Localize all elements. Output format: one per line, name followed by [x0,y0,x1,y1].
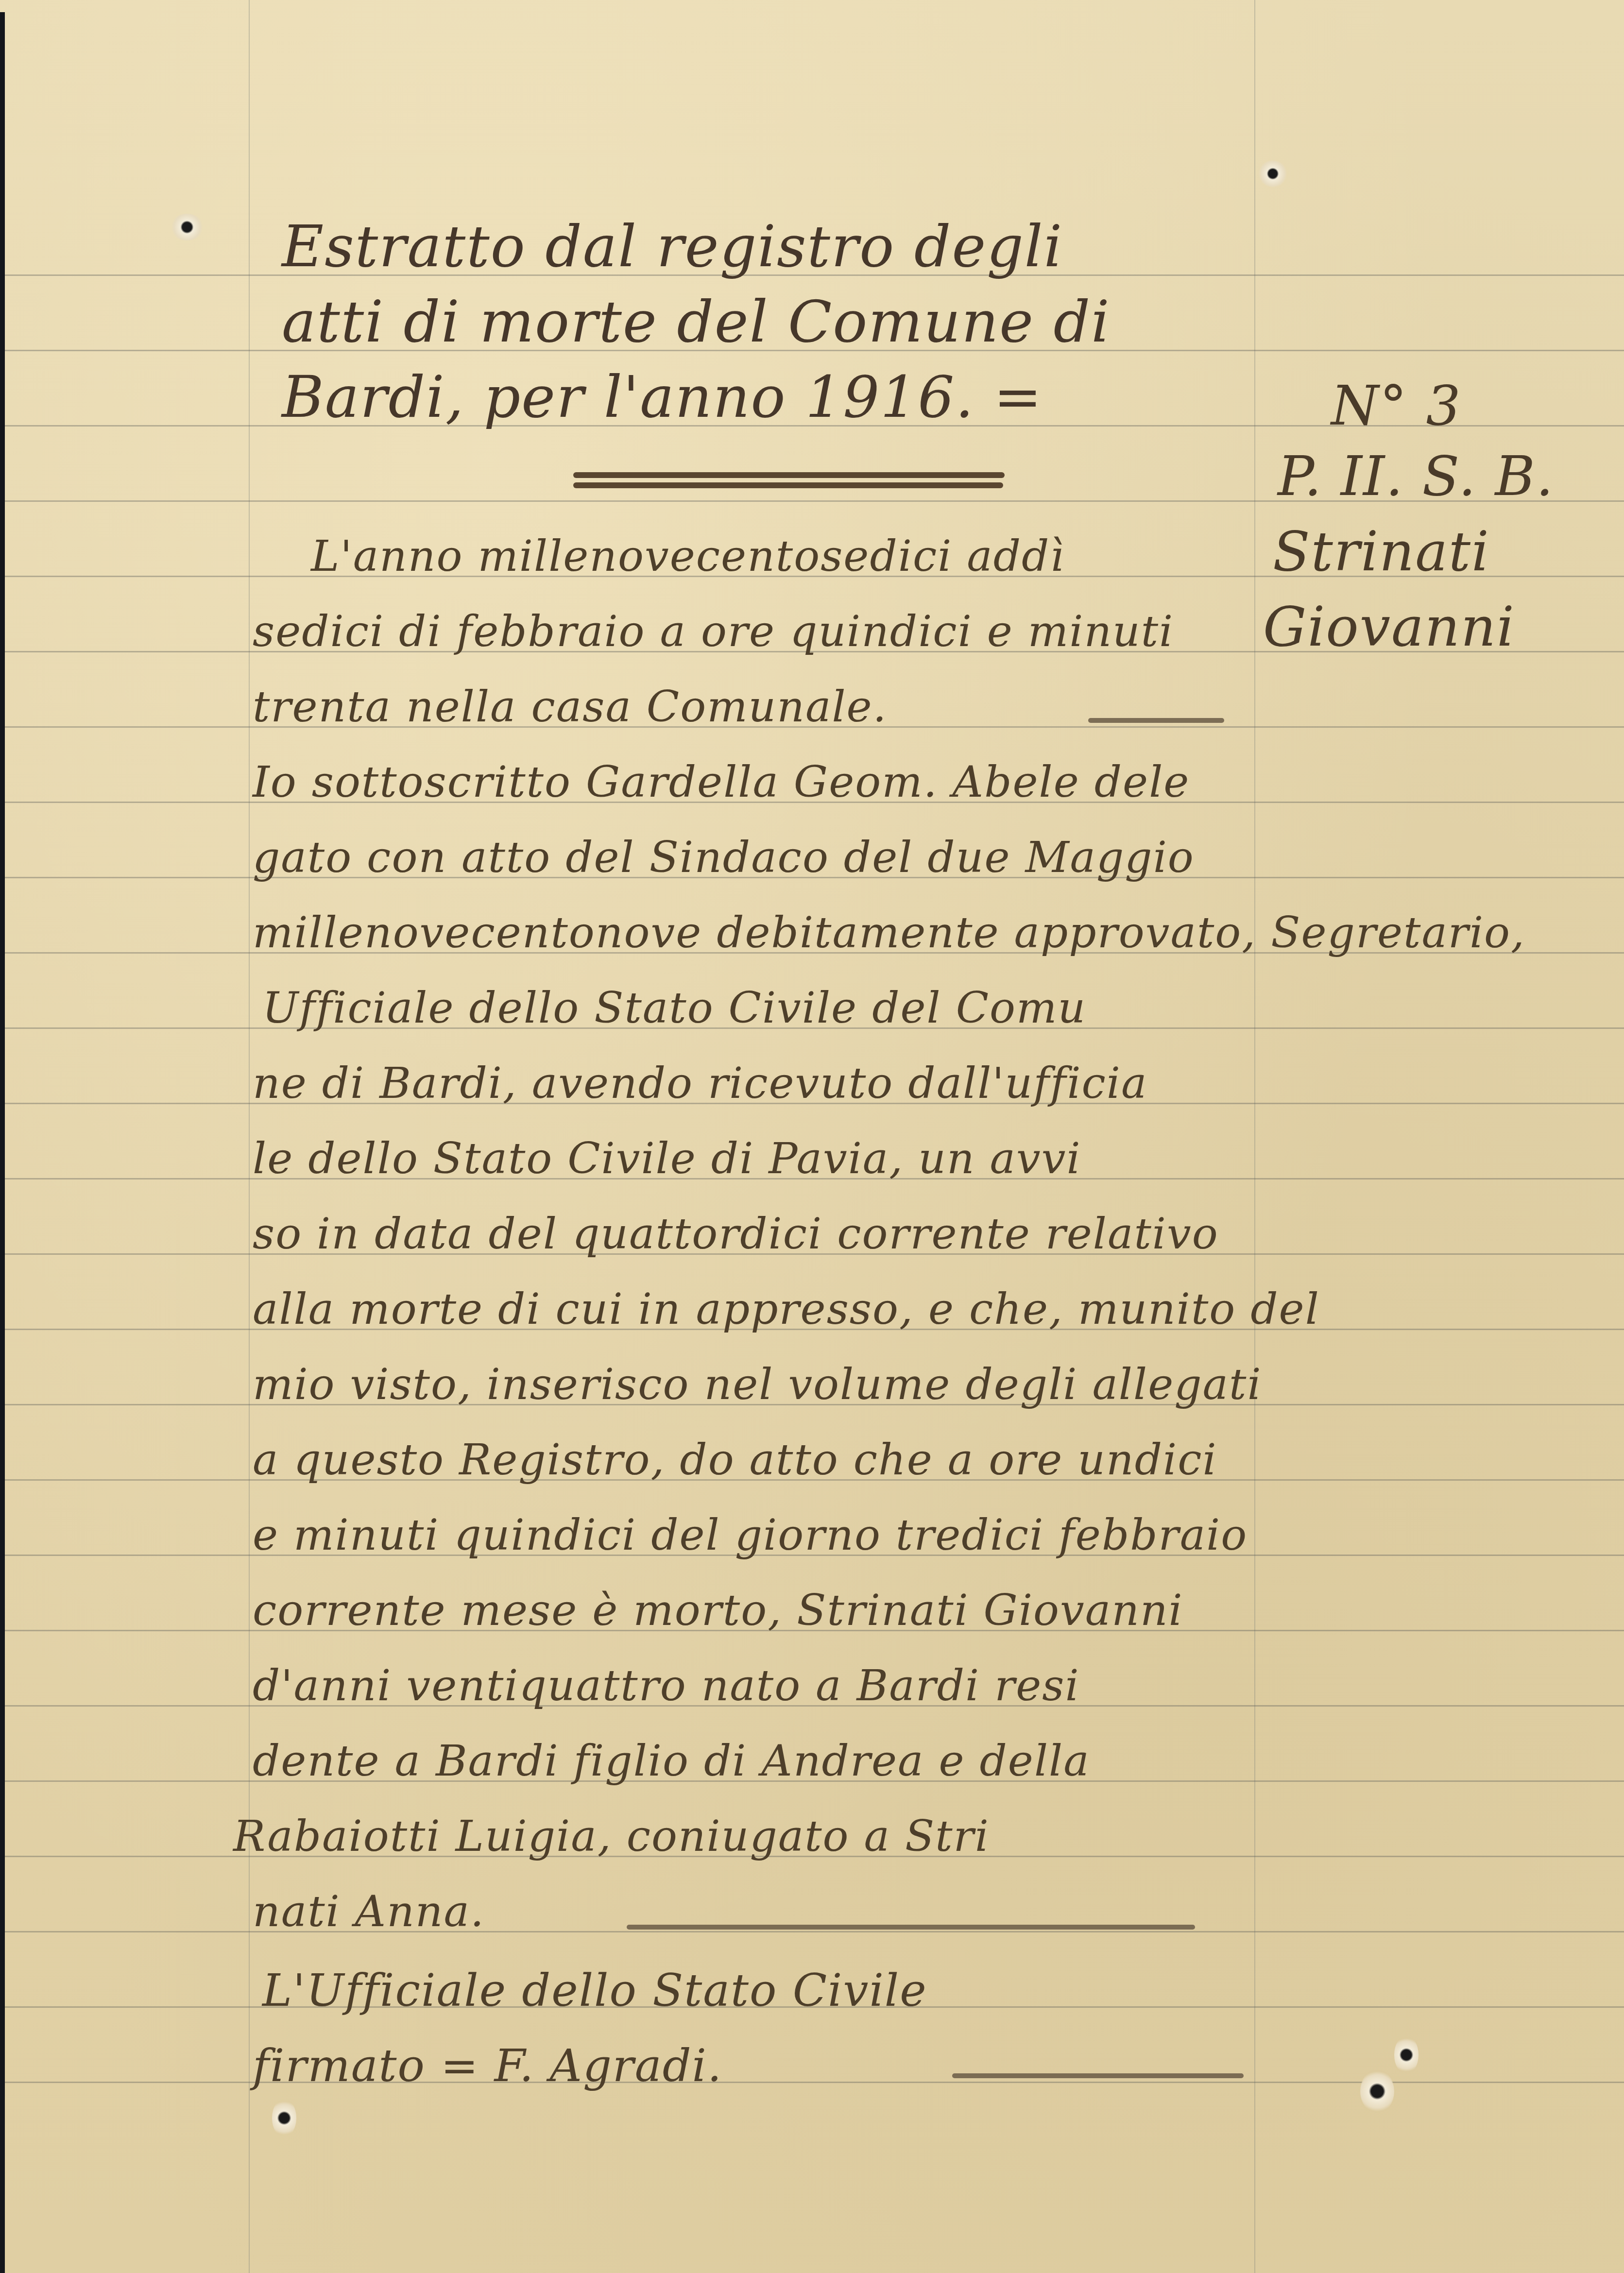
punch-hole [272,2099,296,2137]
record-line: so in data del quattordici corrente rela… [253,1213,1219,1255]
title-double-underline-top [573,472,1005,478]
record-line: a questo Registro, do atto che a ore und… [253,1438,1217,1481]
record-line: Io sottoscritto Gardella Geom. Abele del… [253,761,1190,803]
margin-given-name: Giovanni [1263,600,1515,654]
record-line: trenta nella casa Comunale. [253,685,888,728]
title-line-2: atti di morte del Comune di [282,293,1111,350]
record-line: e minuti quindici del giorno tredici feb… [253,1514,1248,1556]
record-line: le dello Stato Civile di Pavia, un avvi [253,1137,1081,1180]
punch-hole [1360,2069,1394,2113]
margin-record-number: N° 3 [1331,379,1462,433]
margin-section: P. II. S. B. [1278,449,1554,504]
record-line: nati Anna. [253,1890,485,1933]
line-filler-dash [627,1925,1195,1930]
scan-edge [0,12,5,2273]
record-line: d'anni ventiquattro nato a Bardi resi [253,1664,1080,1707]
record-line: dente a Bardi figlio di Andrea e della [253,1740,1090,1782]
punch-hole [1394,2035,1419,2074]
margin-surname: Strinati [1273,525,1490,579]
record-line: gato con atto del Sindaco del due Maggio [253,836,1195,879]
line-filler-dash [952,2073,1244,2078]
punch-hole [1258,160,1287,187]
record-line: ne di Bardi, avendo ricevuto dall'uffici… [253,1062,1147,1105]
title-line-1: Estratto dal registro degli [282,218,1063,275]
record-line: L'anno millenovecentosedici addì [311,535,1065,578]
punch-hole [170,214,204,240]
record-line: sedici di febbraio a ore quindici e minu… [253,610,1174,653]
record-line: mio visto, inserisco nel volume degli al… [253,1363,1262,1406]
title-line-3: Bardi, per l'anno 1916. = [282,368,1043,426]
document-page: Estratto dal registro degli atti di mort… [0,0,1624,2273]
line-filler-dash [1088,718,1224,723]
record-line: Rabaiotti Luigia, coniugato a Stri [233,1815,990,1858]
record-line: millenovecentonove debitamente approvato… [253,911,1525,954]
title-double-underline-bottom [573,482,1003,488]
signature-signed: firmato = F. Agradi. [253,2044,722,2088]
record-line: alla morte di cui in appresso, e che, mu… [253,1288,1320,1331]
signature-title: L'Ufficiale dello Stato Civile [262,1968,927,2013]
record-line: corrente mese è morto, Strinati Giovanni [253,1589,1183,1632]
record-line: Ufficiale dello Stato Civile del Comu [262,987,1086,1029]
ruled-line [5,1931,1624,1932]
